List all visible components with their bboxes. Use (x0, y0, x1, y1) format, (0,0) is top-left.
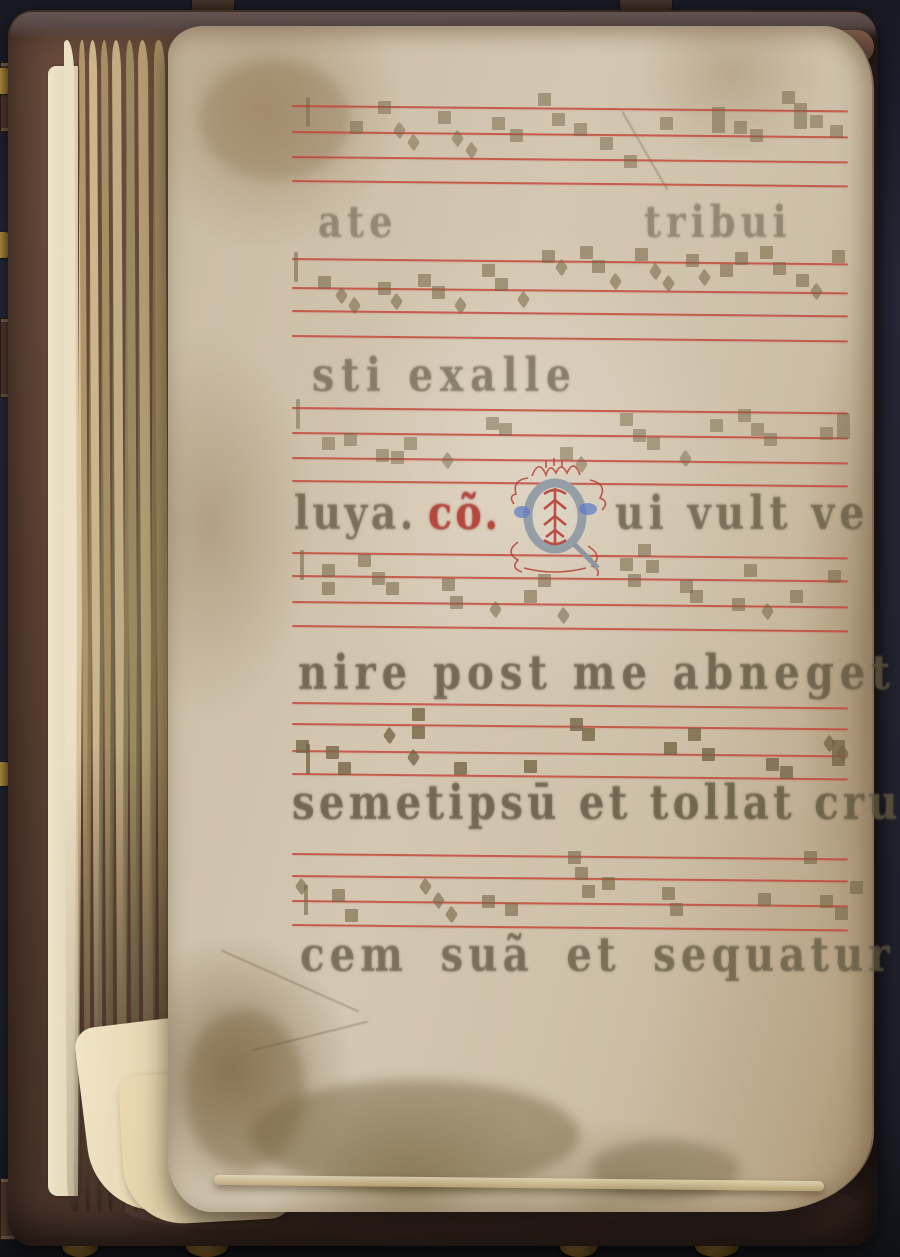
neume-sq (592, 260, 605, 273)
neume-st (300, 550, 304, 580)
neume-sq (326, 746, 339, 759)
neume-sq (734, 121, 747, 134)
neume-sq (482, 895, 495, 908)
neume-dm (407, 133, 420, 151)
neume-sq (574, 123, 587, 136)
neume-dm (445, 905, 458, 923)
neume-dm (393, 121, 406, 139)
neume-sq (782, 91, 795, 104)
neume-sq (358, 554, 371, 567)
neume-dm (390, 292, 403, 310)
chant-word: sti exalle (312, 348, 578, 403)
initial-penwork-drawing (498, 450, 614, 576)
neume-sq (620, 413, 633, 426)
neume-sq (552, 113, 565, 126)
neume-sq (524, 590, 537, 603)
chant-word: nire post me abneget (298, 645, 896, 701)
manuscript-text-line: luya.cõ. (292, 486, 850, 548)
neume-sq (600, 137, 613, 150)
neume-tall (794, 103, 807, 129)
neume-dm (649, 262, 662, 280)
stain-brown (185, 1010, 305, 1170)
staff-line (292, 156, 848, 164)
neume-dm (810, 282, 823, 300)
neume-sq (338, 762, 351, 775)
neume-sq (510, 129, 523, 142)
neume-sq (524, 760, 537, 773)
neume-sq (835, 907, 848, 920)
staff-line (292, 131, 848, 139)
neume-sq (751, 423, 764, 436)
neume-st (304, 885, 308, 915)
neume-dm (419, 877, 432, 895)
neume-sq (820, 895, 833, 908)
neume-sq (438, 111, 451, 124)
neume-sq (624, 155, 637, 168)
neume-tall (837, 413, 850, 439)
neume-sq (628, 574, 641, 587)
neume-sq (702, 748, 715, 761)
neume-sq (454, 762, 467, 775)
neume-sq (418, 274, 431, 287)
neume-sq (662, 887, 675, 900)
neume-sq (810, 115, 823, 128)
neume-sq (344, 433, 357, 446)
neume-sq (828, 570, 841, 583)
neume-dm (383, 726, 396, 744)
neume-sq (710, 419, 723, 432)
neume-sq (820, 427, 833, 440)
neume-sq (391, 451, 404, 464)
staff-line (292, 625, 848, 633)
neume-sq (495, 278, 508, 291)
chant-word: ate (318, 197, 398, 248)
neume-st (306, 97, 310, 127)
neume-sq (582, 885, 595, 898)
manuscript-text-line: semetipsū et tollat cru (292, 775, 850, 837)
chant-word: luya. (294, 486, 417, 541)
staff-line (292, 750, 848, 758)
neume-st (306, 744, 310, 774)
chant-word: cem suã et sequatur (300, 927, 895, 983)
neume-dm (698, 268, 711, 286)
neume-dm (441, 451, 454, 469)
staff-line (292, 258, 848, 266)
neume-sq (582, 728, 595, 741)
neume-sq (378, 101, 391, 114)
stain-bottom (590, 1140, 740, 1200)
neume-sq (647, 437, 660, 450)
chant-word: semetipsū et tollat cru (292, 775, 900, 831)
neume-sq (404, 437, 417, 450)
neume-sq (499, 423, 512, 436)
neume-sq (688, 728, 701, 741)
neume-sq (750, 129, 763, 142)
neume-tall (712, 107, 725, 133)
chant-word: ui vult ve (615, 486, 870, 541)
neume-sq (764, 433, 777, 446)
neume-sq (620, 558, 633, 571)
neume-sq (450, 596, 463, 609)
neume-dm (679, 449, 692, 467)
neume-sq (766, 758, 779, 771)
manuscript-text-line: atetribui (292, 197, 850, 259)
decorated-initial-q: Q (498, 450, 614, 576)
neume-sq (670, 903, 683, 916)
staff-line (292, 287, 848, 295)
neume-sq (720, 264, 733, 277)
neume-sq (322, 564, 335, 577)
neume-sq (602, 877, 615, 890)
neume-sq (386, 582, 399, 595)
neume-sq (575, 867, 588, 880)
neume-sq (442, 578, 455, 591)
neume-dm (557, 606, 570, 624)
neume-sq (773, 262, 786, 275)
neume-sq (538, 93, 551, 106)
manuscript-text-line: cem suã et sequatur (292, 927, 850, 989)
neume-sq (568, 851, 581, 864)
staff-line (292, 875, 848, 883)
neume-tall (832, 740, 845, 766)
neume-sq (322, 582, 335, 595)
neume-dm (517, 290, 530, 308)
neume-sq (345, 909, 358, 922)
neume-sq (372, 572, 385, 585)
neume-sq (412, 726, 425, 739)
manuscript-text-line: nire post me abneget (292, 645, 850, 707)
staff-line (292, 105, 848, 113)
neume-sq (732, 598, 745, 611)
staff-line (292, 310, 848, 318)
neume-sq (332, 889, 345, 902)
neume-sq (633, 429, 646, 442)
neume-sq (378, 282, 391, 295)
staff-line (292, 335, 848, 343)
neume-sq (690, 590, 703, 603)
neume-sq (796, 274, 809, 287)
neume-sq (646, 560, 659, 573)
neume-sq (744, 564, 757, 577)
manuscript-text-line: sti exalle (292, 348, 850, 410)
neume-sq (322, 437, 335, 450)
neume-dm (432, 891, 445, 909)
neume-sq (850, 881, 863, 894)
neume-sq (482, 264, 495, 277)
neume-sq (492, 117, 505, 130)
neume-sq (660, 117, 673, 130)
neume-sq (758, 893, 771, 906)
neume-sq (376, 449, 389, 462)
neume-sq (318, 276, 331, 289)
neume-sq (738, 409, 751, 422)
neume-sq (790, 590, 803, 603)
neume-dm (609, 272, 622, 290)
neume-sq (432, 286, 445, 299)
neume-sq (830, 125, 843, 138)
neume-sq (350, 121, 363, 134)
neume-sq (412, 708, 425, 721)
neume-sq (664, 742, 677, 755)
chant-word: tribui (644, 197, 792, 248)
neume-sq (486, 417, 499, 430)
neume-sq (505, 903, 518, 916)
chant-notation-block: atetribuisti exalleluya.cõ. (292, 0, 850, 1060)
neume-sq (804, 851, 817, 864)
staff-line (292, 180, 848, 188)
manuscript-photo-scene: atetribuisti exalleluya.cõ. (0, 0, 900, 1257)
rubric-word: cõ. (428, 486, 502, 541)
